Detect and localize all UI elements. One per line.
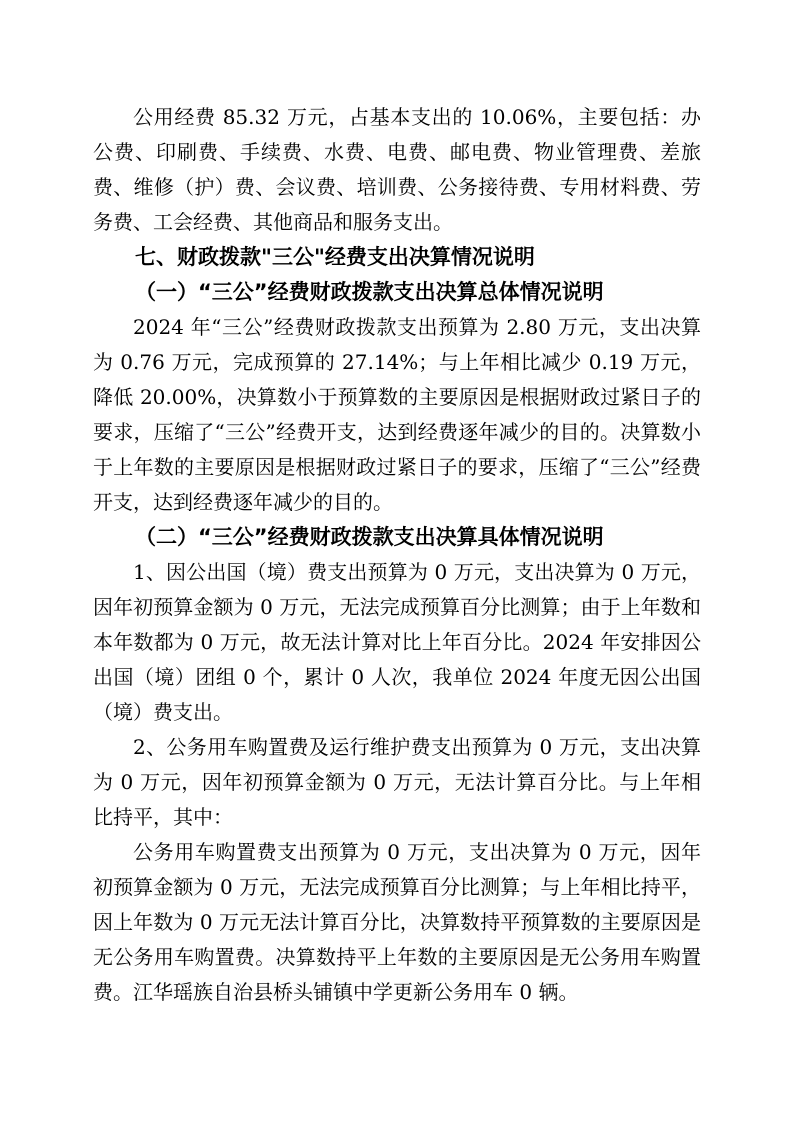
document-page: 公用经费 85.32 万元，占基本支出的 10.06%，主要包括：办公费、印刷费… xyxy=(0,0,793,1122)
para-sangong-overall: 2024 年“三公”经费财政拨款支出预算为 2.80 万元，支出决算为 0.76… xyxy=(93,310,701,520)
heading-section-7-1: （一）“三公”经费财政拨款支出决算总体情况说明 xyxy=(93,275,701,310)
para-vehicle-purchase-detail: 公务用车购置费支出预算为 0 万元，支出决算为 0 万元，因年初预算金额为 0 … xyxy=(93,835,701,1010)
heading-section-7-2: （二）“三公”经费财政拨款支出决算具体情况说明 xyxy=(93,520,701,555)
para-abroad-expenses: 1、因公出国（境）费支出预算为 0 万元，支出决算为 0 万元，因年初预算金额为… xyxy=(93,555,701,730)
para-vehicle-expenses: 2、公务用车购置费及运行维护费支出预算为 0 万元，支出决算为 0 万元，因年初… xyxy=(93,730,701,835)
document-body: 公用经费 85.32 万元，占基本支出的 10.06%，主要包括：办公费、印刷费… xyxy=(93,100,701,1010)
heading-section-7: 七、财政拨款"三公"经费支出决算情况说明 xyxy=(93,240,701,275)
para-public-funds-summary: 公用经费 85.32 万元，占基本支出的 10.06%，主要包括：办公费、印刷费… xyxy=(93,100,701,240)
